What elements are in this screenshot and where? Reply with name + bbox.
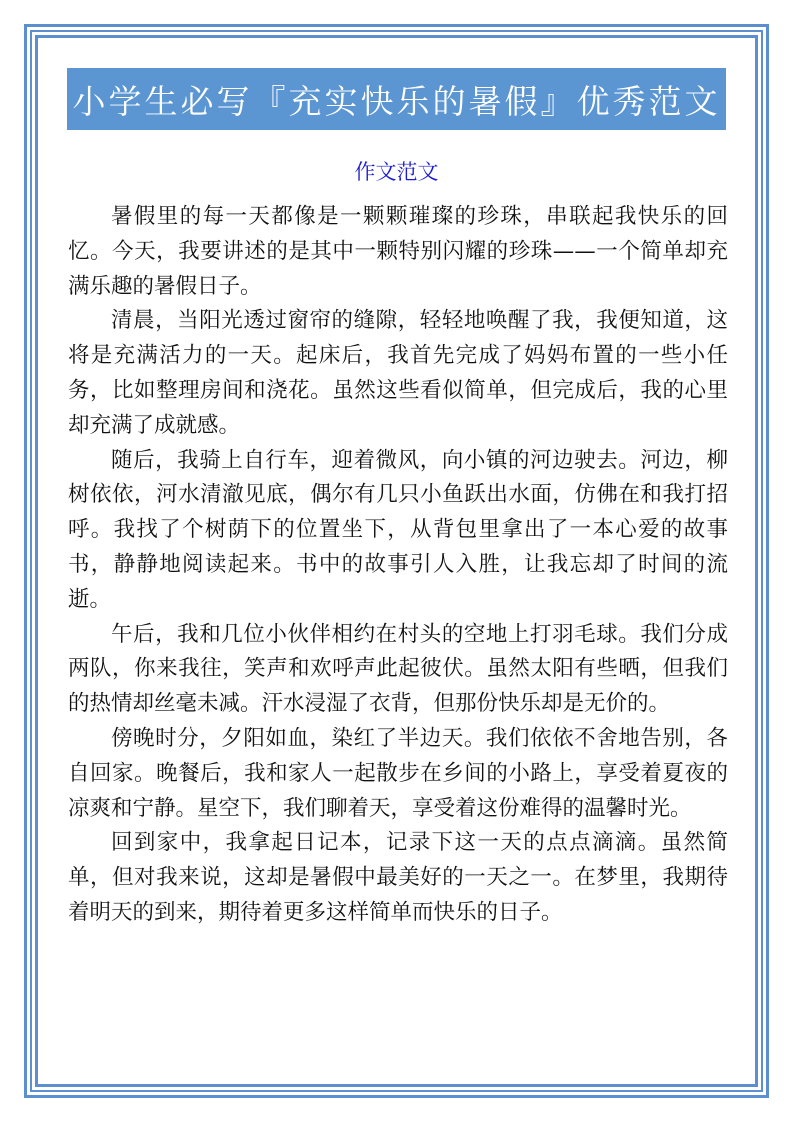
paragraph: 午后，我和几位小伙伴相约在村头的空地上打羽毛球。我们分成两队，你来我往，笑声和欢… [68, 618, 728, 722]
page-title: 小学生必写『充实快乐的暑假』优秀范文 [73, 76, 721, 123]
section-subtitle: 作文范文 [0, 156, 793, 186]
paragraph: 回到家中，我拿起日记本，记录下这一天的点点滴滴。虽然简单，但对我来说，这却是暑假… [68, 826, 728, 930]
title-banner: 小学生必写『充实快乐的暑假』优秀范文 [67, 68, 726, 130]
paragraph: 傍晚时分，夕阳如血，染红了半边天。我们依依不舍地告别，各自回家。晚餐后，我和家人… [68, 722, 728, 826]
paragraph: 清晨，当阳光透过窗帘的缝隙，轻轻地唤醒了我，我便知道，这将是充满活力的一天。起床… [68, 304, 728, 443]
paragraph: 随后，我骑上自行车，迎着微风，向小镇的河边驶去。河边，柳树依依，河水清澈见底，偶… [68, 444, 728, 618]
paragraph: 暑假里的每一天都像是一颗颗璀璨的珍珠，串联起我快乐的回忆。今天，我要讲述的是其中… [68, 200, 728, 304]
essay-body: 暑假里的每一天都像是一颗颗璀璨的珍珠，串联起我快乐的回忆。今天，我要讲述的是其中… [68, 200, 728, 931]
